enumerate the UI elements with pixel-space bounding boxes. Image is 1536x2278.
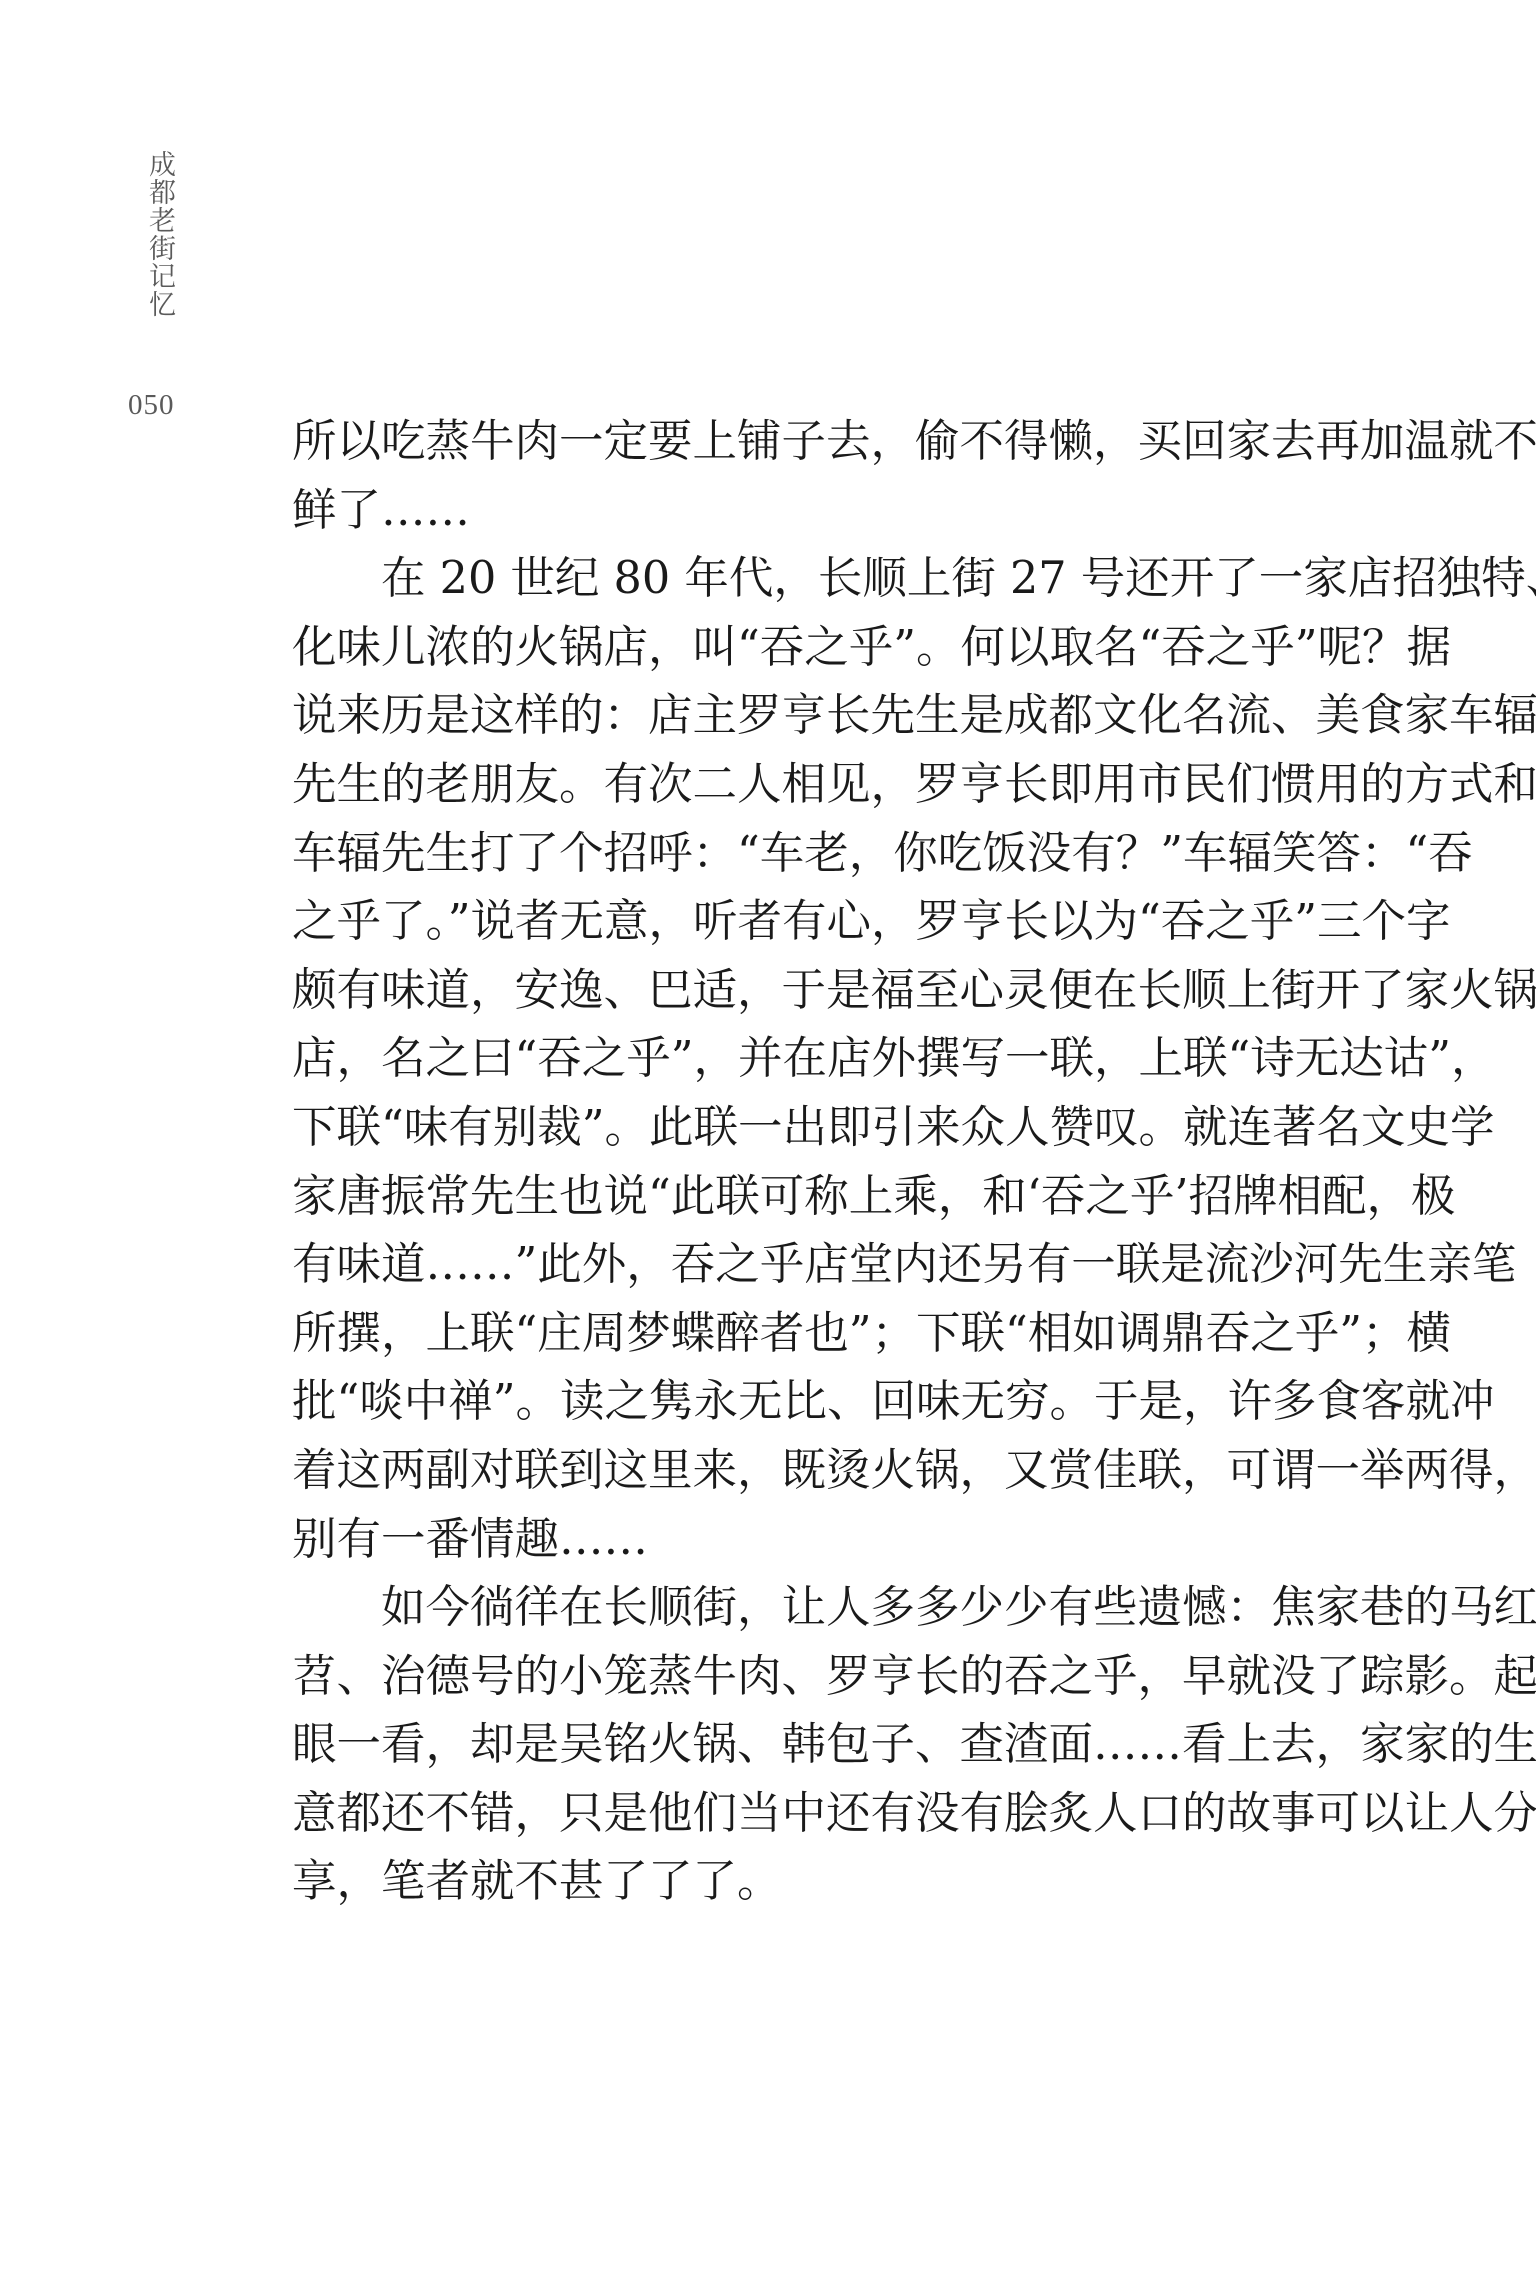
page-number: 050: [128, 389, 175, 422]
text-line: 有味道……”此外，吞之乎店堂内还另有一联是流沙河先生亲笔: [292, 1231, 1284, 1300]
body-text: 所以吃蒸牛肉一定要上铺子去，偷不得懒，买回家去再加温就不 鲜了…… 在 20 世…: [292, 408, 1284, 1917]
text-line: 店，名之曰“吞之乎”，并在店外撰写一联，上联“诗无达诂”，: [292, 1025, 1284, 1094]
text-line: 别有一番情趣……: [292, 1506, 1284, 1575]
text-line: 批“啖中禅”。读之隽永无比、回味无穷。于是，许多食客就冲: [292, 1368, 1284, 1437]
text-line: 之乎了。”说者无意，听者有心，罗亨长以为“吞之乎”三个字: [292, 888, 1284, 957]
text-line: 享，笔者就不甚了了了。: [292, 1848, 1284, 1917]
text-line: 家唐振常先生也说“此联可称上乘，和‘吞之乎’招牌相配，极: [292, 1163, 1284, 1232]
text-line: 说来历是这样的：店主罗亨长先生是成都文化名流、美食家车辐: [292, 682, 1284, 751]
text-line: 车辐先生打了个招呼：“车老，你吃饭没有？”车辐笑答：“吞: [292, 820, 1284, 889]
text-line: 意都还不错，只是他们当中还有没有脍炙人口的故事可以让人分: [292, 1780, 1284, 1849]
text-line: 化味儿浓的火锅店，叫“吞之乎”。何以取名“吞之乎”呢？据: [292, 614, 1284, 683]
text-line: 先生的老朋友。有次二人相见，罗亨长即用市民们惯用的方式和: [292, 751, 1284, 820]
paragraph-first-line: 在 20 世纪 80 年代，长顺上街 27 号还开了一家店招独特、文: [292, 545, 1284, 614]
text-line: 眼一看，却是吴铭火锅、韩包子、查渣面……看上去，家家的生: [292, 1711, 1284, 1780]
text-line: 苕、治德号的小笼蒸牛肉、罗亨长的吞之乎，早就没了踪影。起: [292, 1643, 1284, 1712]
text-line: 下联“味有别裁”。此联一出即引来众人赞叹。就连著名文史学: [292, 1094, 1284, 1163]
text-line: 颇有味道，安逸、巴适，于是福至心灵便在长顺上街开了家火锅: [292, 957, 1284, 1026]
text-line: 所撰，上联“庄周梦蝶醉者也”；下联“相如调鼎吞之乎”；横: [292, 1300, 1284, 1369]
running-head-title: 成都老街记忆: [134, 150, 174, 318]
text-line: 所以吃蒸牛肉一定要上铺子去，偷不得懒，买回家去再加温就不: [292, 408, 1284, 477]
paragraph-first-line: 如今徜徉在长顺街，让人多多少少有些遗憾：焦家巷的马红: [292, 1574, 1284, 1643]
text-line: 着这两副对联到这里来，既烫火锅，又赏佳联，可谓一举两得，: [292, 1437, 1284, 1506]
text-line: 鲜了……: [292, 477, 1284, 546]
